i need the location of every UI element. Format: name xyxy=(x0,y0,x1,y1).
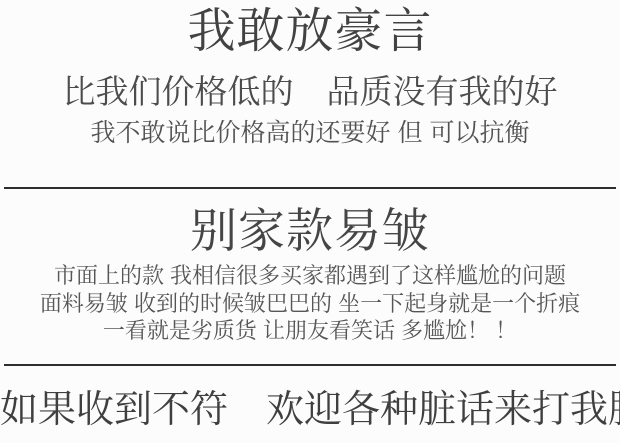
promise-statement: 如果收到不符 欢迎各种脏话来打我脸 xyxy=(0,390,620,432)
wrinkle-line-1: 市面上的款 我相信很多买家都遇到了这样尴尬的问题 xyxy=(0,264,620,288)
wrinkle-line-3: 一看就是劣质货 让朋友看笑话 多尴尬！ ！ xyxy=(0,319,620,343)
boast-title: 我敢放豪言 xyxy=(0,6,620,59)
wrinkle-title: 别家款易皱 xyxy=(0,205,620,257)
wrinkle-line-2: 面料易皱 收到的时候皱巴巴的 坐一下起身就是一个折痕 xyxy=(0,292,620,316)
boast-note: 我不敢说比价格高的还要好 但 可以抗衡 xyxy=(0,120,620,148)
promo-banner: 我敢放豪言 比我们价格低的 品质没有我的好 我不敢说比价格高的还要好 但 可以抗… xyxy=(0,0,620,443)
boast-subtitle: 比我们价格低的 品质没有我的好 xyxy=(0,74,620,110)
section-divider-bottom xyxy=(4,364,616,366)
section-divider-top xyxy=(4,187,616,189)
